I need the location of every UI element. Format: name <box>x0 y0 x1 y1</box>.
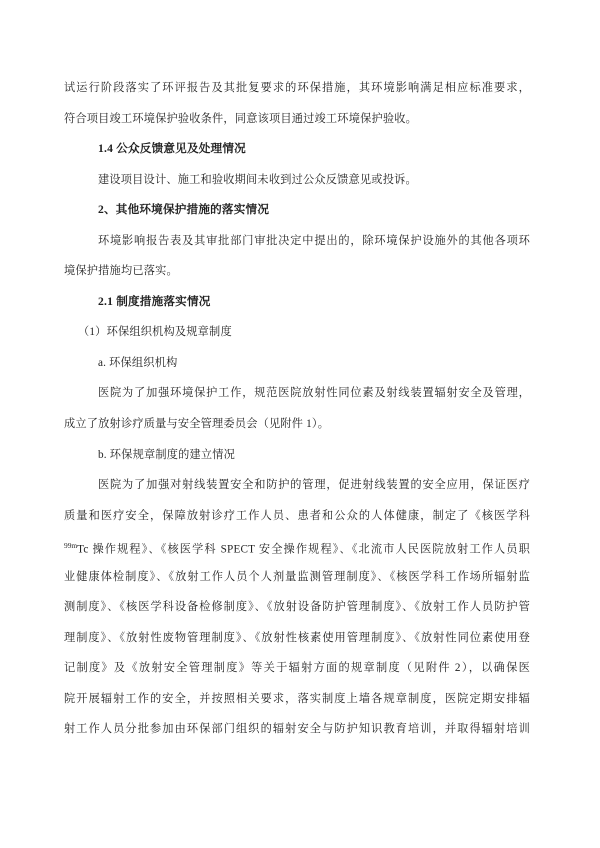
text-line: 成立了放射诊疗质量与安全管理委员会（见附件 1）。 <box>64 409 530 440</box>
document-page: 试运行阶段落实了环评报告及其批复要求的环保措施，其环境影响满足相应标准要求， 符… <box>0 0 600 848</box>
text-line-rest: Tc 操作规程》、《核医学科 SPECT 安全操作规程》、《北流市人民医院放射工… <box>77 544 530 556</box>
text-line: 医院为了加强环境保护工作，规范医院放射性同位素及射线装置辐射安全及管理， <box>64 378 530 409</box>
text-line: 建设项目设计、施工和验收期间未收到过公众反馈意见或投诉。 <box>64 165 530 196</box>
text-line: 业健康体检制度》、《放射工作人员个人剂量监测管理制度》、《核医学科工作场所辐射监 <box>64 562 530 593</box>
document-viewer: { "page": { "background": "#ffffff", "te… <box>0 0 600 848</box>
list-item-1: （1）环保组织机构及规章制度 <box>64 317 530 348</box>
text-line: 符合项目竣工环境保护验收条件，同意该项目通过竣工环境保护验收。 <box>64 104 530 135</box>
document-content: 试运行阶段落实了环评报告及其批复要求的环保措施，其环境影响满足相应标准要求， 符… <box>64 73 530 745</box>
list-item-b: b. 环保规章制度的建立情况 <box>64 440 530 471</box>
text-line: 环境影响报告表及其审批部门审批决定中提出的，除环境保护设施外的其他各项环 <box>64 226 530 257</box>
list-item-a: a. 环保组织机构 <box>64 348 530 379</box>
text-line: 记制度》及《放射安全管理制度》等关于辐射方面的规章制度（见附件 2），以确保医 <box>64 653 530 684</box>
text-line: 境保护措施均已落实。 <box>64 256 530 287</box>
text-line: 测制度》、《核医学科设备检修制度》、《放射设备防护管理制度》、《放射工作人员防护… <box>64 592 530 623</box>
section-heading-2: 2、其他环境保护措施的落实情况 <box>64 195 530 226</box>
text-line: 医院为了加强对射线装置安全和防护的管理，促进射线装置的安全应用，保证医疗 <box>64 470 530 501</box>
text-line: 99mTc 操作规程》、《核医学科 SPECT 安全操作规程》、《北流市人民医院… <box>64 531 530 562</box>
isotope-superscript: 99m <box>64 541 77 550</box>
text-line: 试运行阶段落实了环评报告及其批复要求的环保措施，其环境影响满足相应标准要求， <box>64 73 530 104</box>
text-line: 理制度》、《放射性废物管理制度》、《放射性核素使用管理制度》、《放射性同位素使用… <box>64 623 530 654</box>
section-heading-1-4: 1.4 公众反馈意见及处理情况 <box>64 134 530 165</box>
section-heading-2-1: 2.1 制度措施落实情况 <box>64 287 530 318</box>
text-line: 射工作人员分批参加由环保部门组织的辐射安全与防护知识教育培训，并取得辐射培训 <box>64 714 530 745</box>
text-line: 院开展辐射工作的安全，并按照相关要求，落实制度上墙各规章制度，医院定期安排辐 <box>64 684 530 715</box>
text-line: 质量和医疗安全，保障放射诊疗工作人员、患者和公众的人体健康，制定了《核医学科 <box>64 501 530 532</box>
